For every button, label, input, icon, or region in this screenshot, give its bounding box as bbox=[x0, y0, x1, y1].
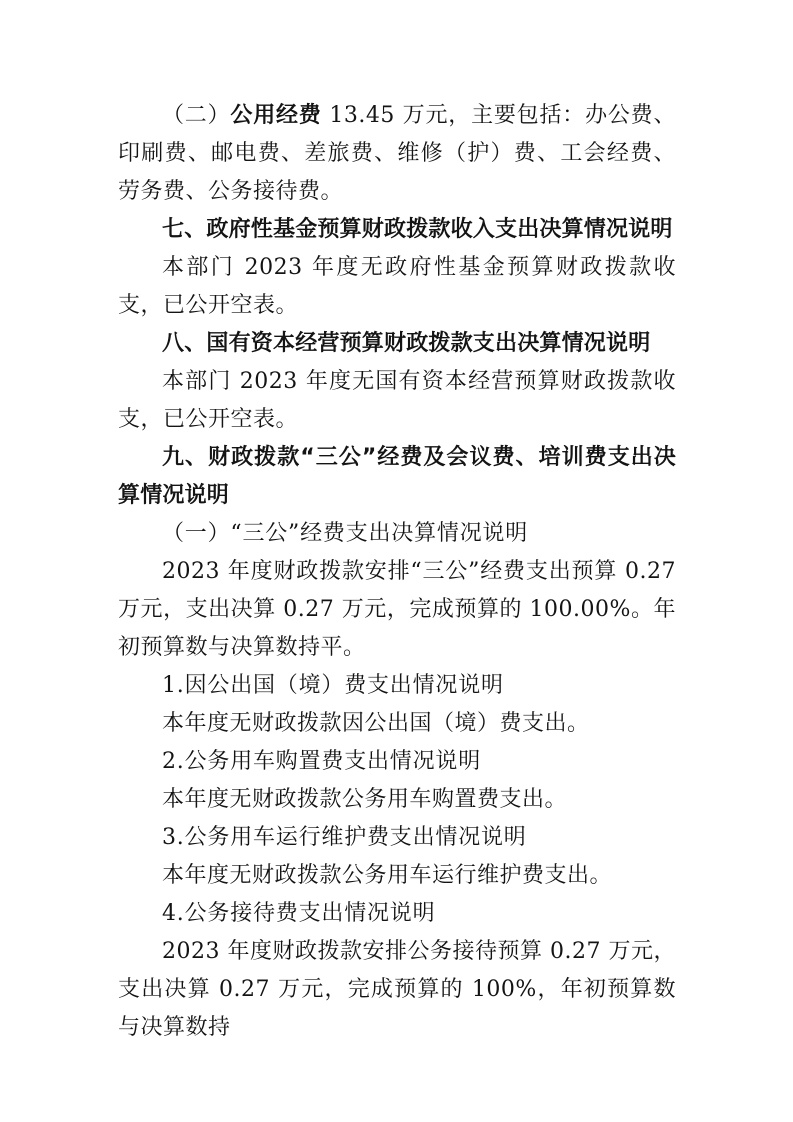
paragraph-section-7-body: 本部门 2023 年度无政府性基金预算财政拨款收支，已公开空表。 bbox=[118, 249, 676, 325]
subheading-item-2-vehicle-purchase: 2.公务用车购置费支出情况说明 bbox=[118, 743, 676, 781]
paragraph-item-3-body: 本年度无财政拨款公务用车运行维护费支出。 bbox=[118, 857, 676, 895]
document-text-block: （二）公用经费 13.45 万元，主要包括：办公费、印刷费、邮电费、差旅费、维修… bbox=[118, 97, 676, 1047]
subheading-three-public-funds: （一）“三公”经费支出决算情况说明 bbox=[118, 515, 676, 553]
heading-section-8: 八、国有资本经营预算财政拨款支出决算情况说明 bbox=[118, 325, 676, 363]
subheading-item-4-official-reception: 4.公务接待费支出情况说明 bbox=[118, 895, 676, 933]
paragraph-section-8-body: 本部门 2023 年度无国有资本经营预算财政拨款收支，已公开空表。 bbox=[118, 363, 676, 439]
paragraph-public-expense-prefix: （二） bbox=[162, 103, 230, 128]
paragraph-item-1-body: 本年度无财政拨款因公出国（境）费支出。 bbox=[118, 705, 676, 743]
paragraph-item-2-body: 本年度无财政拨款公务用车购置费支出。 bbox=[118, 781, 676, 819]
paragraph-item-4-body-truncated: 2023 年度财政拨款安排公务接待预算 0.27 万元，支出决算 0.27 万元… bbox=[118, 933, 676, 1047]
subheading-item-1-abroad-expense: 1.因公出国（境）费支出情况说明 bbox=[118, 667, 676, 705]
paragraph-public-expense-bold-label: 公用经费 bbox=[230, 103, 321, 128]
heading-section-7: 七、政府性基金预算财政拨款收入支出决算情况说明 bbox=[118, 211, 676, 249]
subheading-item-3-vehicle-maintenance: 3.公务用车运行维护费支出情况说明 bbox=[118, 819, 676, 857]
paragraph-public-expense: （二）公用经费 13.45 万元，主要包括：办公费、印刷费、邮电费、差旅费、维修… bbox=[118, 97, 676, 211]
paragraph-three-public-summary: 2023 年度财政拨款安排“三公”经费支出预算 0.27 万元，支出决算 0.2… bbox=[118, 553, 676, 667]
heading-section-9: 九、财政拨款“三公”经费及会议费、培训费支出决算情况说明 bbox=[118, 439, 676, 515]
document-page: （二）公用经费 13.45 万元，主要包括：办公费、印刷费、邮电费、差旅费、维修… bbox=[0, 0, 793, 1122]
